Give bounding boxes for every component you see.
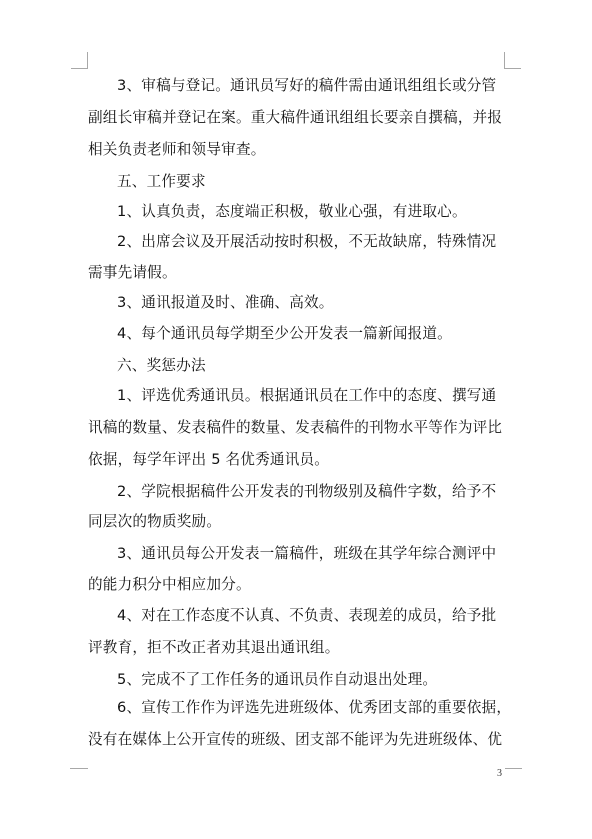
paragraph-line: 2、出席会议及开展活动按时积极，不无故缺席，特殊情况 (117, 232, 496, 252)
corner-mark-bottom-left-horizontal (70, 768, 88, 769)
page-number: 3 (497, 768, 502, 779)
paragraph-line: 的能力积分中相应加分。 (88, 575, 251, 595)
paragraph-line: 相关负责老师和领导审查。 (88, 140, 266, 160)
paragraph-line: 副组长审稿并登记在案。重大稿件通讯组组长要亲自撰稿，并报 (88, 108, 502, 128)
section-heading: 六、奖惩办法 (117, 356, 206, 376)
corner-mark-top-left-vertical (87, 52, 88, 69)
corner-mark-bottom-right-horizontal (505, 768, 522, 769)
paragraph-line: 5、完成不了工作任务的通讯员作自动退出处理。 (117, 670, 437, 690)
paragraph-line: 1、认真负责，态度端正积极，敬业心强，有进取心。 (117, 202, 467, 222)
paragraph-line: 评教育，拒不改正者劝其退出通讯组。 (88, 638, 340, 658)
paragraph-line: 同层次的物质奖励。 (88, 512, 221, 532)
paragraph-line: 2、学院根据稿件公开发表的刊物级别及稿件字数，给予不 (117, 482, 496, 502)
section-heading: 五、工作要求 (117, 172, 206, 192)
paragraph-line: 没有在媒体上公开宣传的班级、团支部不能评为先进班级体、优 (88, 730, 502, 750)
corner-mark-top-right-horizontal (504, 68, 521, 69)
corner-mark-top-right-vertical (504, 52, 505, 69)
paragraph-line: 3、通讯报道及时、准确、高效。 (117, 293, 334, 313)
paragraph-line: 4、对在工作态度不认真、不负责、表现差的成员，给予批 (117, 606, 496, 626)
paragraph-line: 3、通讯员每公开发表一篇稿件，班级在其学年综合测评中 (117, 544, 496, 564)
paragraph-line: 4、每个通讯员每学期至少公开发表一篇新闻报道。 (117, 324, 452, 344)
paragraph-line: 6、宣传工作作为评选先进班级体、优秀团支部的重要依据， (117, 698, 511, 718)
paragraph-line: 讯稿的数量、发表稿件的数量、发表稿件的刊物水平等作为评比 (88, 418, 502, 438)
paragraph-line: 依据，每学年评出 5 名优秀通讯员。 (88, 450, 329, 470)
paragraph-line: 1、评选优秀通讯员。根据通讯员在工作中的态度、撰写通 (117, 386, 496, 406)
corner-mark-top-left-horizontal (71, 68, 88, 69)
paragraph-line: 需事先请假。 (88, 263, 177, 283)
paragraph-line: 3、审稿与登记。通讯员写好的稿件需由通讯组组长或分管 (117, 76, 496, 96)
